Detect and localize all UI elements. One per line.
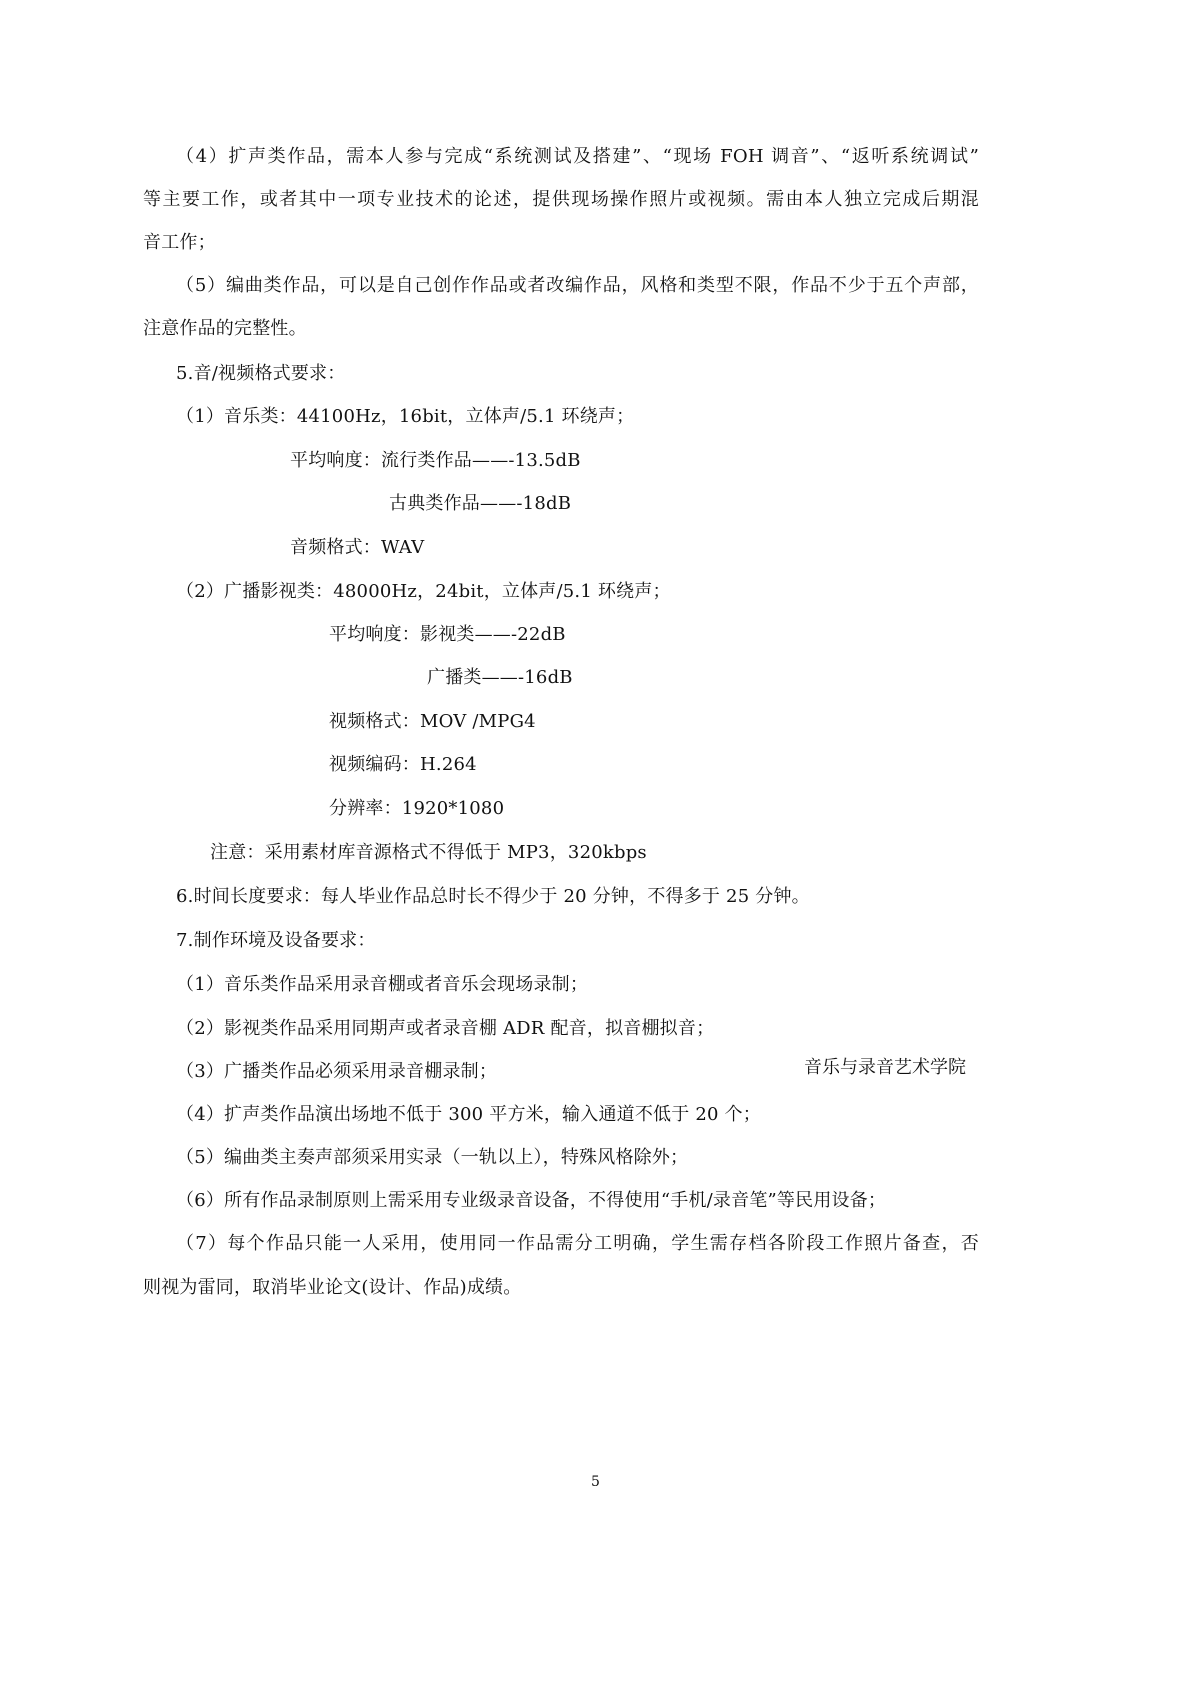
text-line: （4）扩声类作品，需本人参与完成“系统测试及搭建”、“现场 FOH 调音”、“返… [176,145,979,169]
text-line: （7）每个作品只能一人采用，使用同一作品需分工明确，学生需存档各阶段工作照片备查… [176,1232,979,1256]
text-line: 分辨率：1920*1080 [329,797,504,821]
text-line: （6）所有作品录制原则上需采用专业级录音设备，不得使用“手机/录音笔”等民用设备… [176,1189,886,1213]
text-line: 古典类作品——-18dB [389,492,571,516]
text-line: 注意：采用素材库音源格式不得低于 MP3，320kbps [210,841,647,865]
text-line: 平均响度：流行类作品——-13.5dB [290,449,581,473]
text-line: 注意作品的完整性。 [143,317,307,341]
page-number: 5 [0,1472,1191,1492]
signature-institution: 音乐与录音艺术学院 [804,1056,966,1080]
text-line: 音频格式：WAV [290,536,424,560]
text-line: （3）广播类作品必须采用录音棚录制； [176,1060,497,1084]
text-line: 5.音/视频格式要求： [176,362,345,386]
text-line: 广播类——-16dB [427,666,573,690]
text-line: （5）编曲类主奏声部须采用实录（一轨以上），特殊风格除外； [176,1146,688,1170]
text-line: 视频编码：H.264 [329,753,477,777]
text-line: 音工作； [143,231,216,255]
text-line: （1）音乐类：44100Hz，16bit，立体声/5.1 环绕声； [176,405,634,429]
text-line: （5）编曲类作品，可以是自己创作作品或者改编作品，风格和类型不限，作品不少于五个… [176,274,979,298]
text-line: （2）广播影视类：48000Hz，24bit，立体声/5.1 环绕声； [176,580,671,604]
text-line: 7.制作环境及设备要求： [176,929,376,953]
text-line: 6.时间长度要求：每人毕业作品总时长不得少于 20 分钟，不得多于 25 分钟。 [176,885,810,909]
document-page: （4）扩声类作品，需本人参与完成“系统测试及搭建”、“现场 FOH 调音”、“返… [0,0,1191,1684]
text-line: 平均响度：影视类——-22dB [329,623,566,647]
text-line: 等主要工作，或者其中一项专业技术的论述，提供现场操作照片或视频。需由本人独立完成… [143,188,979,212]
text-line: 则视为雷同，取消毕业论文(设计、作品)成绩。 [143,1276,521,1300]
text-line: （4）扩声类作品演出场地不低于 300 平方米，输入通道不低于 20 个； [176,1103,761,1127]
text-line: （2）影视类作品采用同期声或者录音棚 ADR 配音，拟音棚拟音； [176,1017,714,1041]
text-line: 视频格式：MOV /MPG4 [329,710,536,734]
text-line: （1）音乐类作品采用录音棚或者音乐会现场录制； [176,973,588,997]
